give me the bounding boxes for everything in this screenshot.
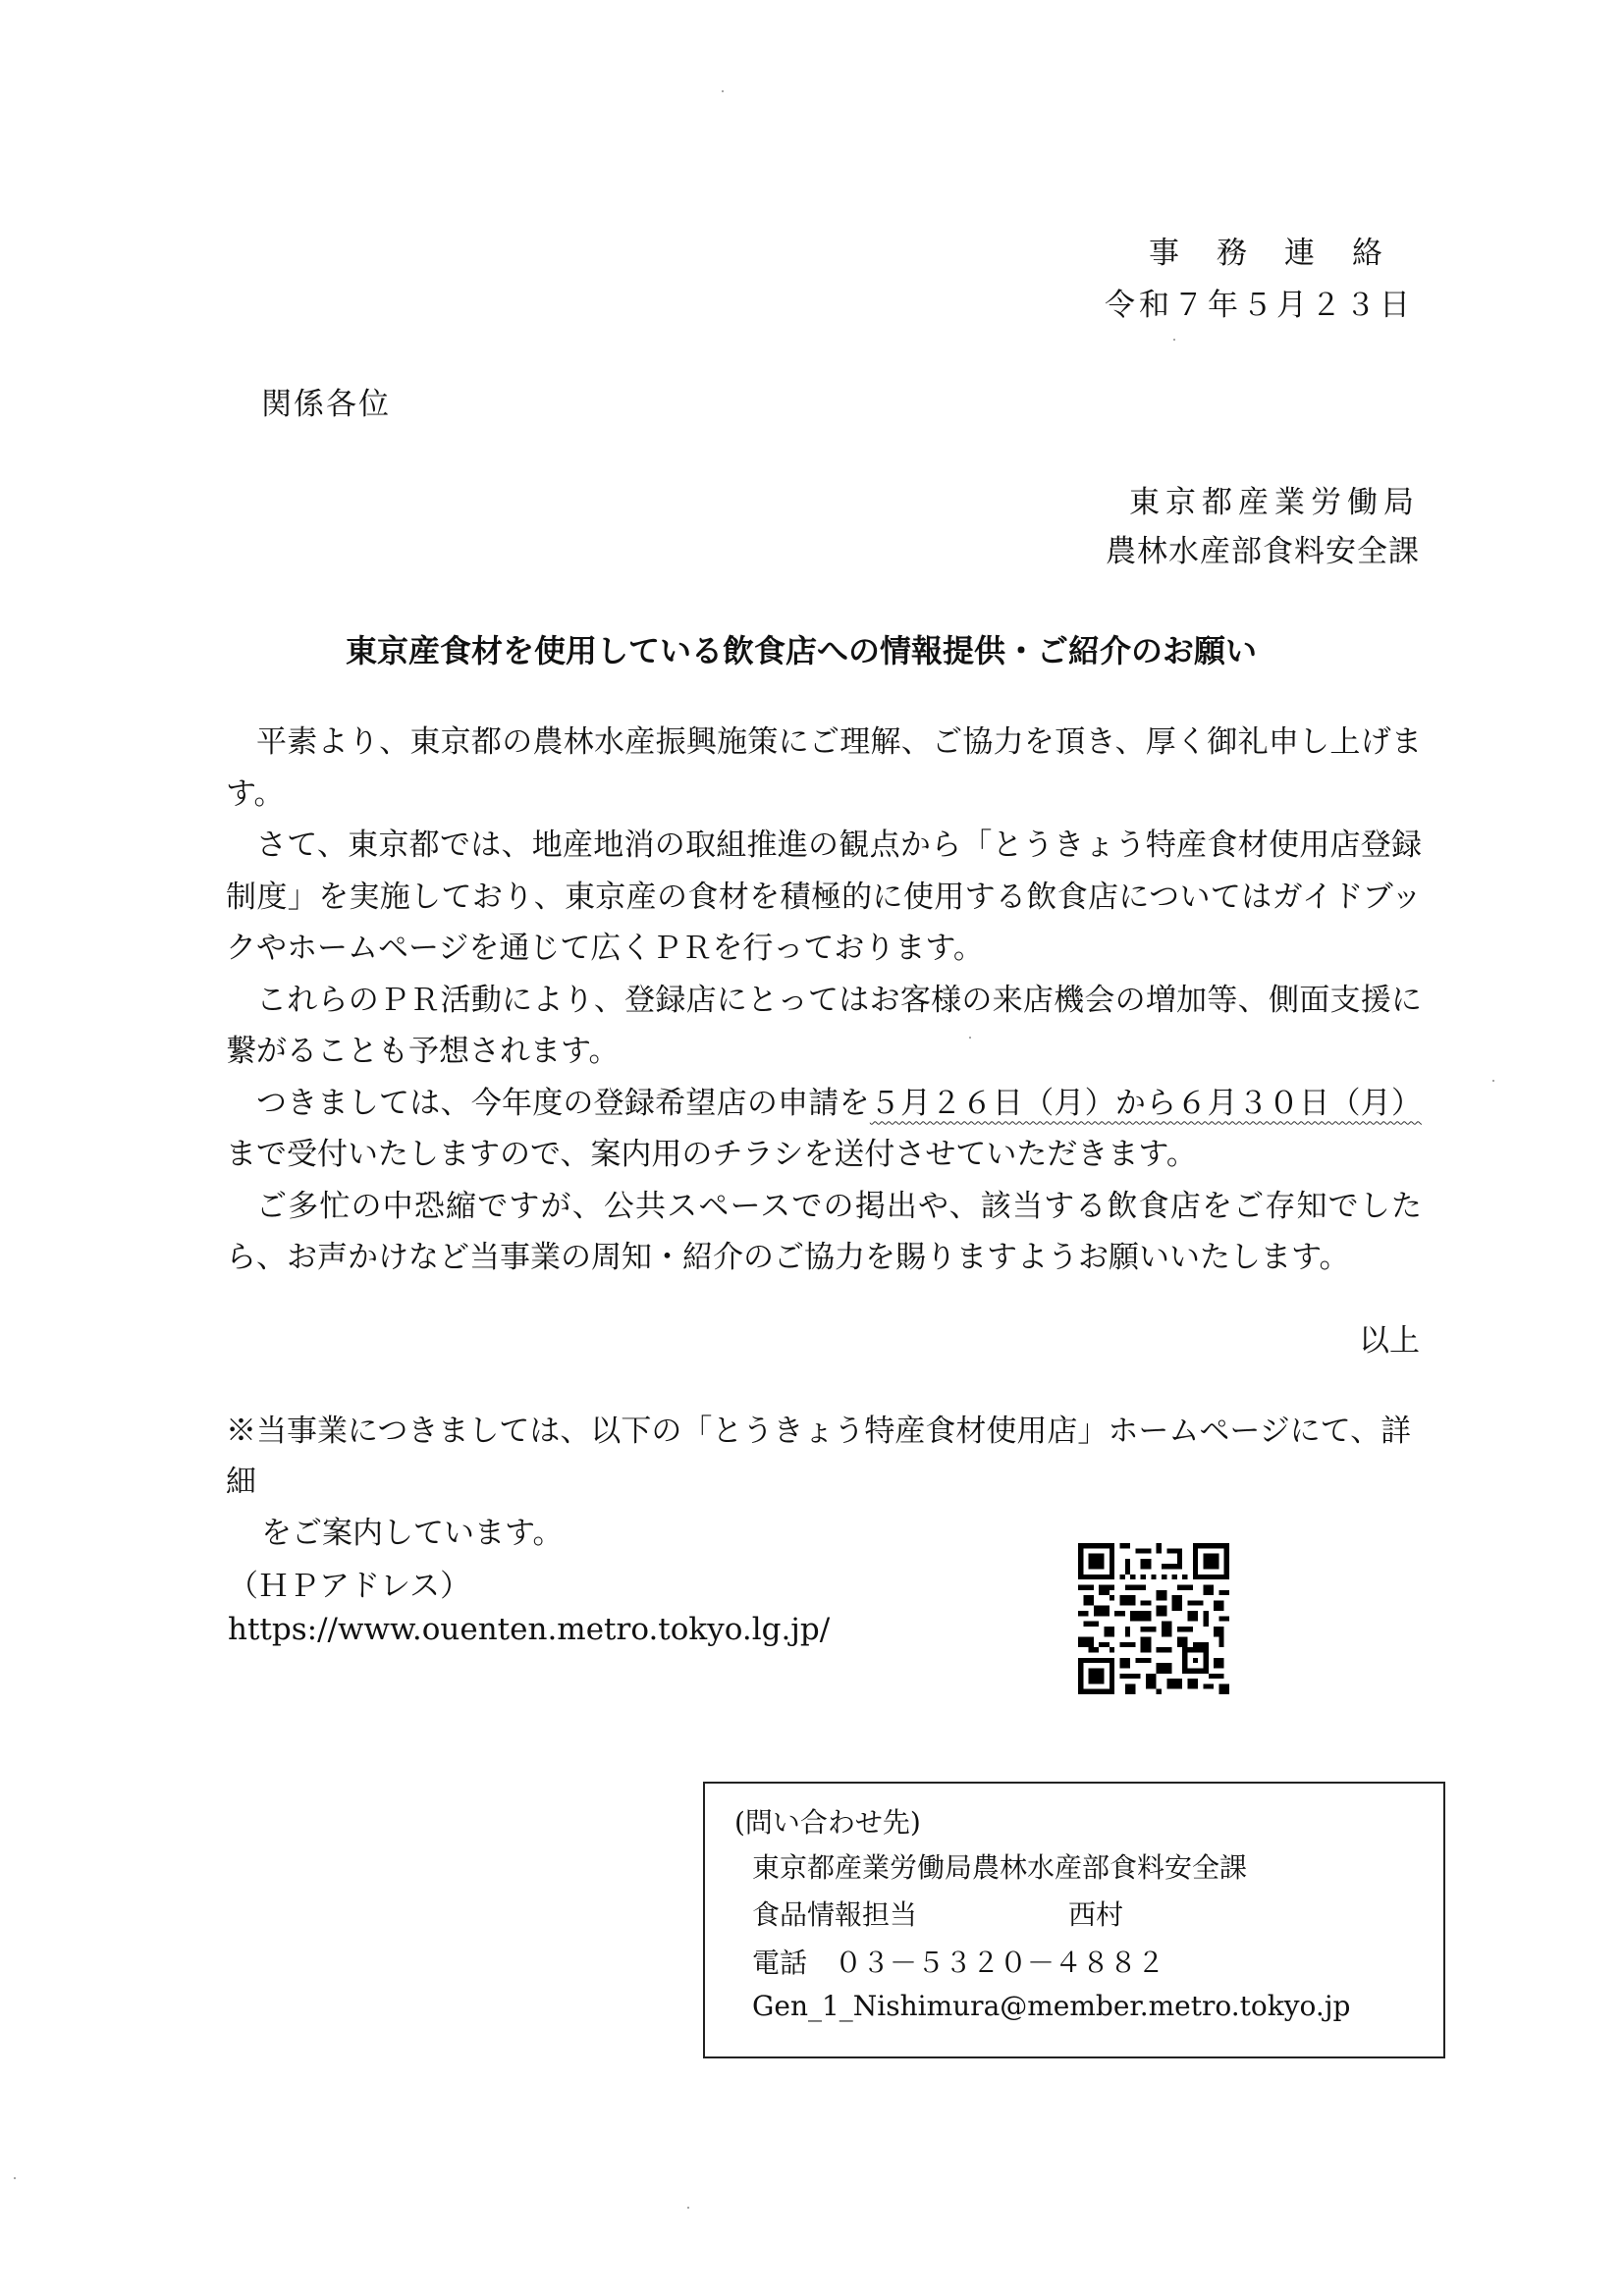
- contact-box: (問い合わせ先) 東京都産業労働局農林水産部食料安全課 食品情報担当 西村 電話…: [703, 1782, 1445, 2058]
- contact-department: 東京都産業労働局農林水産部食料安全課: [752, 1846, 1247, 1886]
- sender-section: 農林水産部食料安全課: [1106, 526, 1420, 570]
- note-line-1: ※当事業につきましては、以下の「とうきょう特産食材使用店」ホームページにて、詳細: [226, 1406, 1434, 1508]
- body-paragraph-5: ご多忙の中恐縮ですが、公共スペースでの掲出や、該当する飲食店をご存知でしたら、お…: [226, 1181, 1422, 1284]
- scan-speck: [722, 90, 724, 92]
- document-body: 平素より、東京都の農林水産振興施策にご理解、ご協力を頂き、厚く御礼申し上げます。…: [226, 717, 1422, 1284]
- homepage-url-link[interactable]: https://www.ouenten.metro.tokyo.lg.jp/: [228, 1612, 830, 1647]
- application-period: ５月２６日（月）から６月３０日（月）: [870, 1086, 1422, 1121]
- note: ※当事業につきましては、以下の「とうきょう特産食材使用店」ホームページにて、詳細…: [226, 1406, 1434, 1559]
- contact-name: 西村: [1068, 1894, 1123, 1933]
- contact-email[interactable]: Gen_1_Nishimura@member.metro.tokyo.jp: [752, 1990, 1350, 2022]
- contact-role: 食品情報担当: [752, 1894, 917, 1933]
- scan-speck: [687, 2207, 689, 2209]
- body-p4-after: まで受付いたしますので、案内用のチラシを送付させていただきます。: [226, 1137, 1197, 1172]
- closing-mark: 以上: [1359, 1315, 1420, 1360]
- scan-speck: [14, 2177, 16, 2179]
- note-line-2: をご案内しています。: [226, 1508, 1434, 1559]
- doc-type-label: 事務連絡: [1149, 228, 1420, 272]
- contact-label: (問い合わせ先): [734, 1801, 921, 1841]
- body-p4-before: つきましては、今年度の登録希望店の申請を: [256, 1086, 870, 1121]
- homepage-label: （ＨＰアドレス）: [228, 1561, 470, 1605]
- doc-date: 令和７年５月２３日: [1105, 280, 1414, 324]
- body-paragraph-2: さて、東京都では、地産地消の取組推進の観点から「とうきょう特産食材使用店登録制度…: [226, 820, 1422, 975]
- body-paragraph-4: つきましては、今年度の登録希望店の申請を５月２６日（月）から６月３０日（月）まで…: [226, 1078, 1422, 1181]
- scan-speck: [969, 1037, 971, 1039]
- document-page: 事務連絡 令和７年５月２３日 関係各位 東京都産業労働局 農林水産部食料安全課 …: [0, 0, 1624, 2296]
- body-paragraph-3: これらのＰＲ活動により、登録店にとってはお客様の来店機会の増加等、側面支援に繋が…: [226, 975, 1422, 1078]
- sender-bureau: 東京都産業労働局: [1129, 477, 1420, 521]
- qr-code-icon: [1078, 1543, 1229, 1694]
- scan-speck: [1492, 1080, 1494, 1082]
- contact-phone: 電話 ０３－５３２０－４８８２: [752, 1942, 1164, 1981]
- body-paragraph-1: 平素より、東京都の農林水産振興施策にご理解、ご協力を頂き、厚く御礼申し上げます。: [226, 717, 1422, 820]
- addressee: 関係各位: [261, 379, 391, 423]
- document-title: 東京産食材を使用している飲食店への情報提供・ご紹介のお願い: [346, 626, 1257, 671]
- scan-speck: [1173, 339, 1175, 341]
